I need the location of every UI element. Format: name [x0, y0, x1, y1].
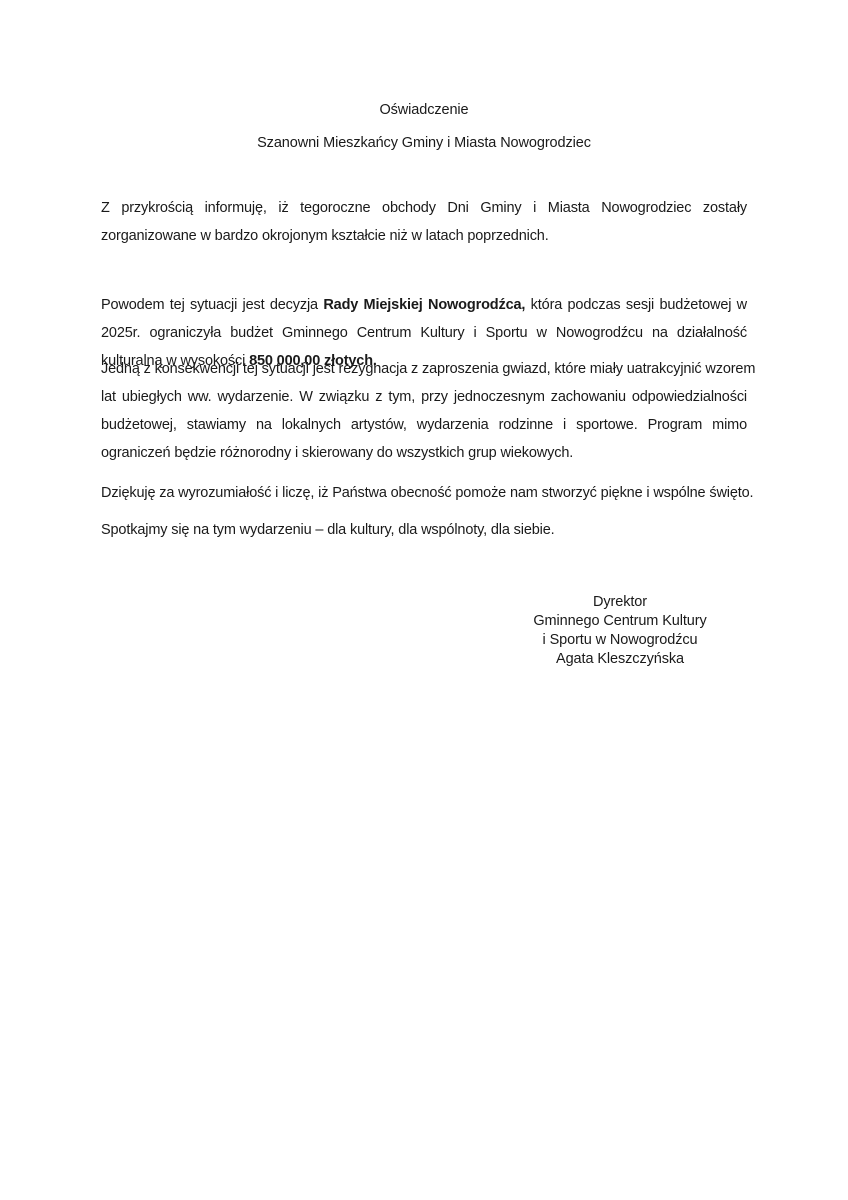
paragraph-intro: Z przykrością informuję, iż tegoroczne o… — [101, 194, 747, 250]
paragraph-line: Powodem tej sytuacji jest decyzja Rady M… — [101, 291, 747, 319]
paragraph-line: budżetowej, stawiamy na lokalnych artyst… — [101, 411, 747, 439]
paragraph-consequences: Jedną z konsekwencji tej sytuacji jest r… — [101, 355, 747, 467]
document-title: Oświadczenie — [0, 102, 848, 118]
signature-block: Dyrektor Gminnego Centrum Kultury i Spor… — [500, 593, 740, 669]
signature-org-line-2: i Sportu w Nowogrodźcu — [500, 631, 740, 650]
signature-org-line-1: Gminnego Centrum Kultury — [500, 612, 740, 631]
paragraph-line: ograniczeń będzie różnorodny i skierowan… — [101, 439, 747, 467]
paragraph-line: 2025r. ograniczyła budżet Gminnego Centr… — [101, 319, 747, 347]
paragraph-line: lat ubiegłych ww. wydarzenie. W związku … — [101, 383, 747, 411]
paragraph-invitation: Spotkajmy się na tym wydarzeniu – dla ku… — [101, 516, 747, 544]
paragraph-line: zorganizowane w bardzo okrojonym kształc… — [101, 222, 747, 250]
paragraph-line: Dziękuję za wyrozumiałość i liczę, iż Pa… — [101, 479, 747, 507]
text-run: Powodem tej sytuacji jest decyzja — [101, 297, 323, 313]
council-name-bold: Rady Miejskiej Nowogrodźca, — [323, 297, 525, 313]
paragraph-line: Jedną z konsekwencji tej sytuacji jest r… — [101, 355, 747, 383]
text-run: która podczas sesji budżetowej w — [525, 297, 747, 313]
document-salutation: Szanowni Mieszkańcy Gminy i Miasta Nowog… — [0, 135, 848, 151]
paragraph-line: Z przykrością informuję, iż tegoroczne o… — [101, 194, 747, 222]
document-page: Oświadczenie Szanowni Mieszkańcy Gminy i… — [0, 0, 848, 1200]
paragraph-line: Spotkajmy się na tym wydarzeniu – dla ku… — [101, 516, 747, 544]
paragraph-thanks: Dziękuję za wyrozumiałość i liczę, iż Pa… — [101, 479, 747, 507]
signature-role: Dyrektor — [500, 593, 740, 612]
signature-name: Agata Kleszczyńska — [500, 650, 740, 669]
